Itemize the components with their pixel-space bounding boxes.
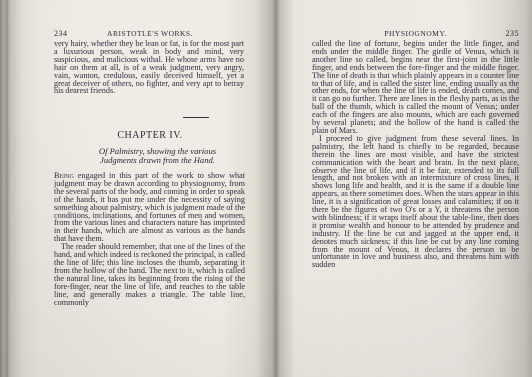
section-divider bbox=[183, 117, 209, 118]
paragraph: I proceed to give judgment from these se… bbox=[312, 135, 519, 269]
chapter-subtitle: Of Palmistry, showing the various Judgme… bbox=[70, 147, 245, 164]
running-head-title: PHYSIOGNOMY. bbox=[312, 29, 519, 38]
left-page: 234 ARISTOTLE'S WORKS. very hairy, wheth… bbox=[50, 0, 250, 377]
paragraph: called the line of fortune, begins under… bbox=[312, 40, 519, 135]
right-page: PHYSIOGNOMY. 235 called the line of fort… bbox=[312, 0, 519, 377]
paragraph: very hairy, whether they be lean or fat,… bbox=[54, 40, 244, 95]
chapter-body: Being engaged in this part of the work t… bbox=[54, 172, 245, 306]
right-body: called the line of fortune, begins under… bbox=[312, 40, 519, 269]
right-running-head: PHYSIOGNOMY. 235 bbox=[312, 29, 519, 39]
paragraph-text: engaged in this part of the work to show… bbox=[54, 171, 245, 243]
book-spread: 234 ARISTOTLE'S WORKS. very hairy, wheth… bbox=[0, 0, 532, 377]
running-head-title: ARISTOTLE'S WORKS. bbox=[50, 29, 250, 38]
paragraph: Being engaged in this part of the work t… bbox=[54, 172, 245, 243]
page-number: 235 bbox=[506, 29, 520, 38]
subtitle-line: Judgments drawn from the Hand. bbox=[70, 156, 245, 165]
left-running-head: 234 ARISTOTLE'S WORKS. bbox=[50, 29, 250, 39]
chapter-heading: CHAPTER IV. bbox=[50, 130, 250, 141]
top-paragraph: very hairy, whether they be lean or fat,… bbox=[54, 40, 244, 95]
paragraph: The reader should remember, that one of … bbox=[54, 243, 245, 306]
